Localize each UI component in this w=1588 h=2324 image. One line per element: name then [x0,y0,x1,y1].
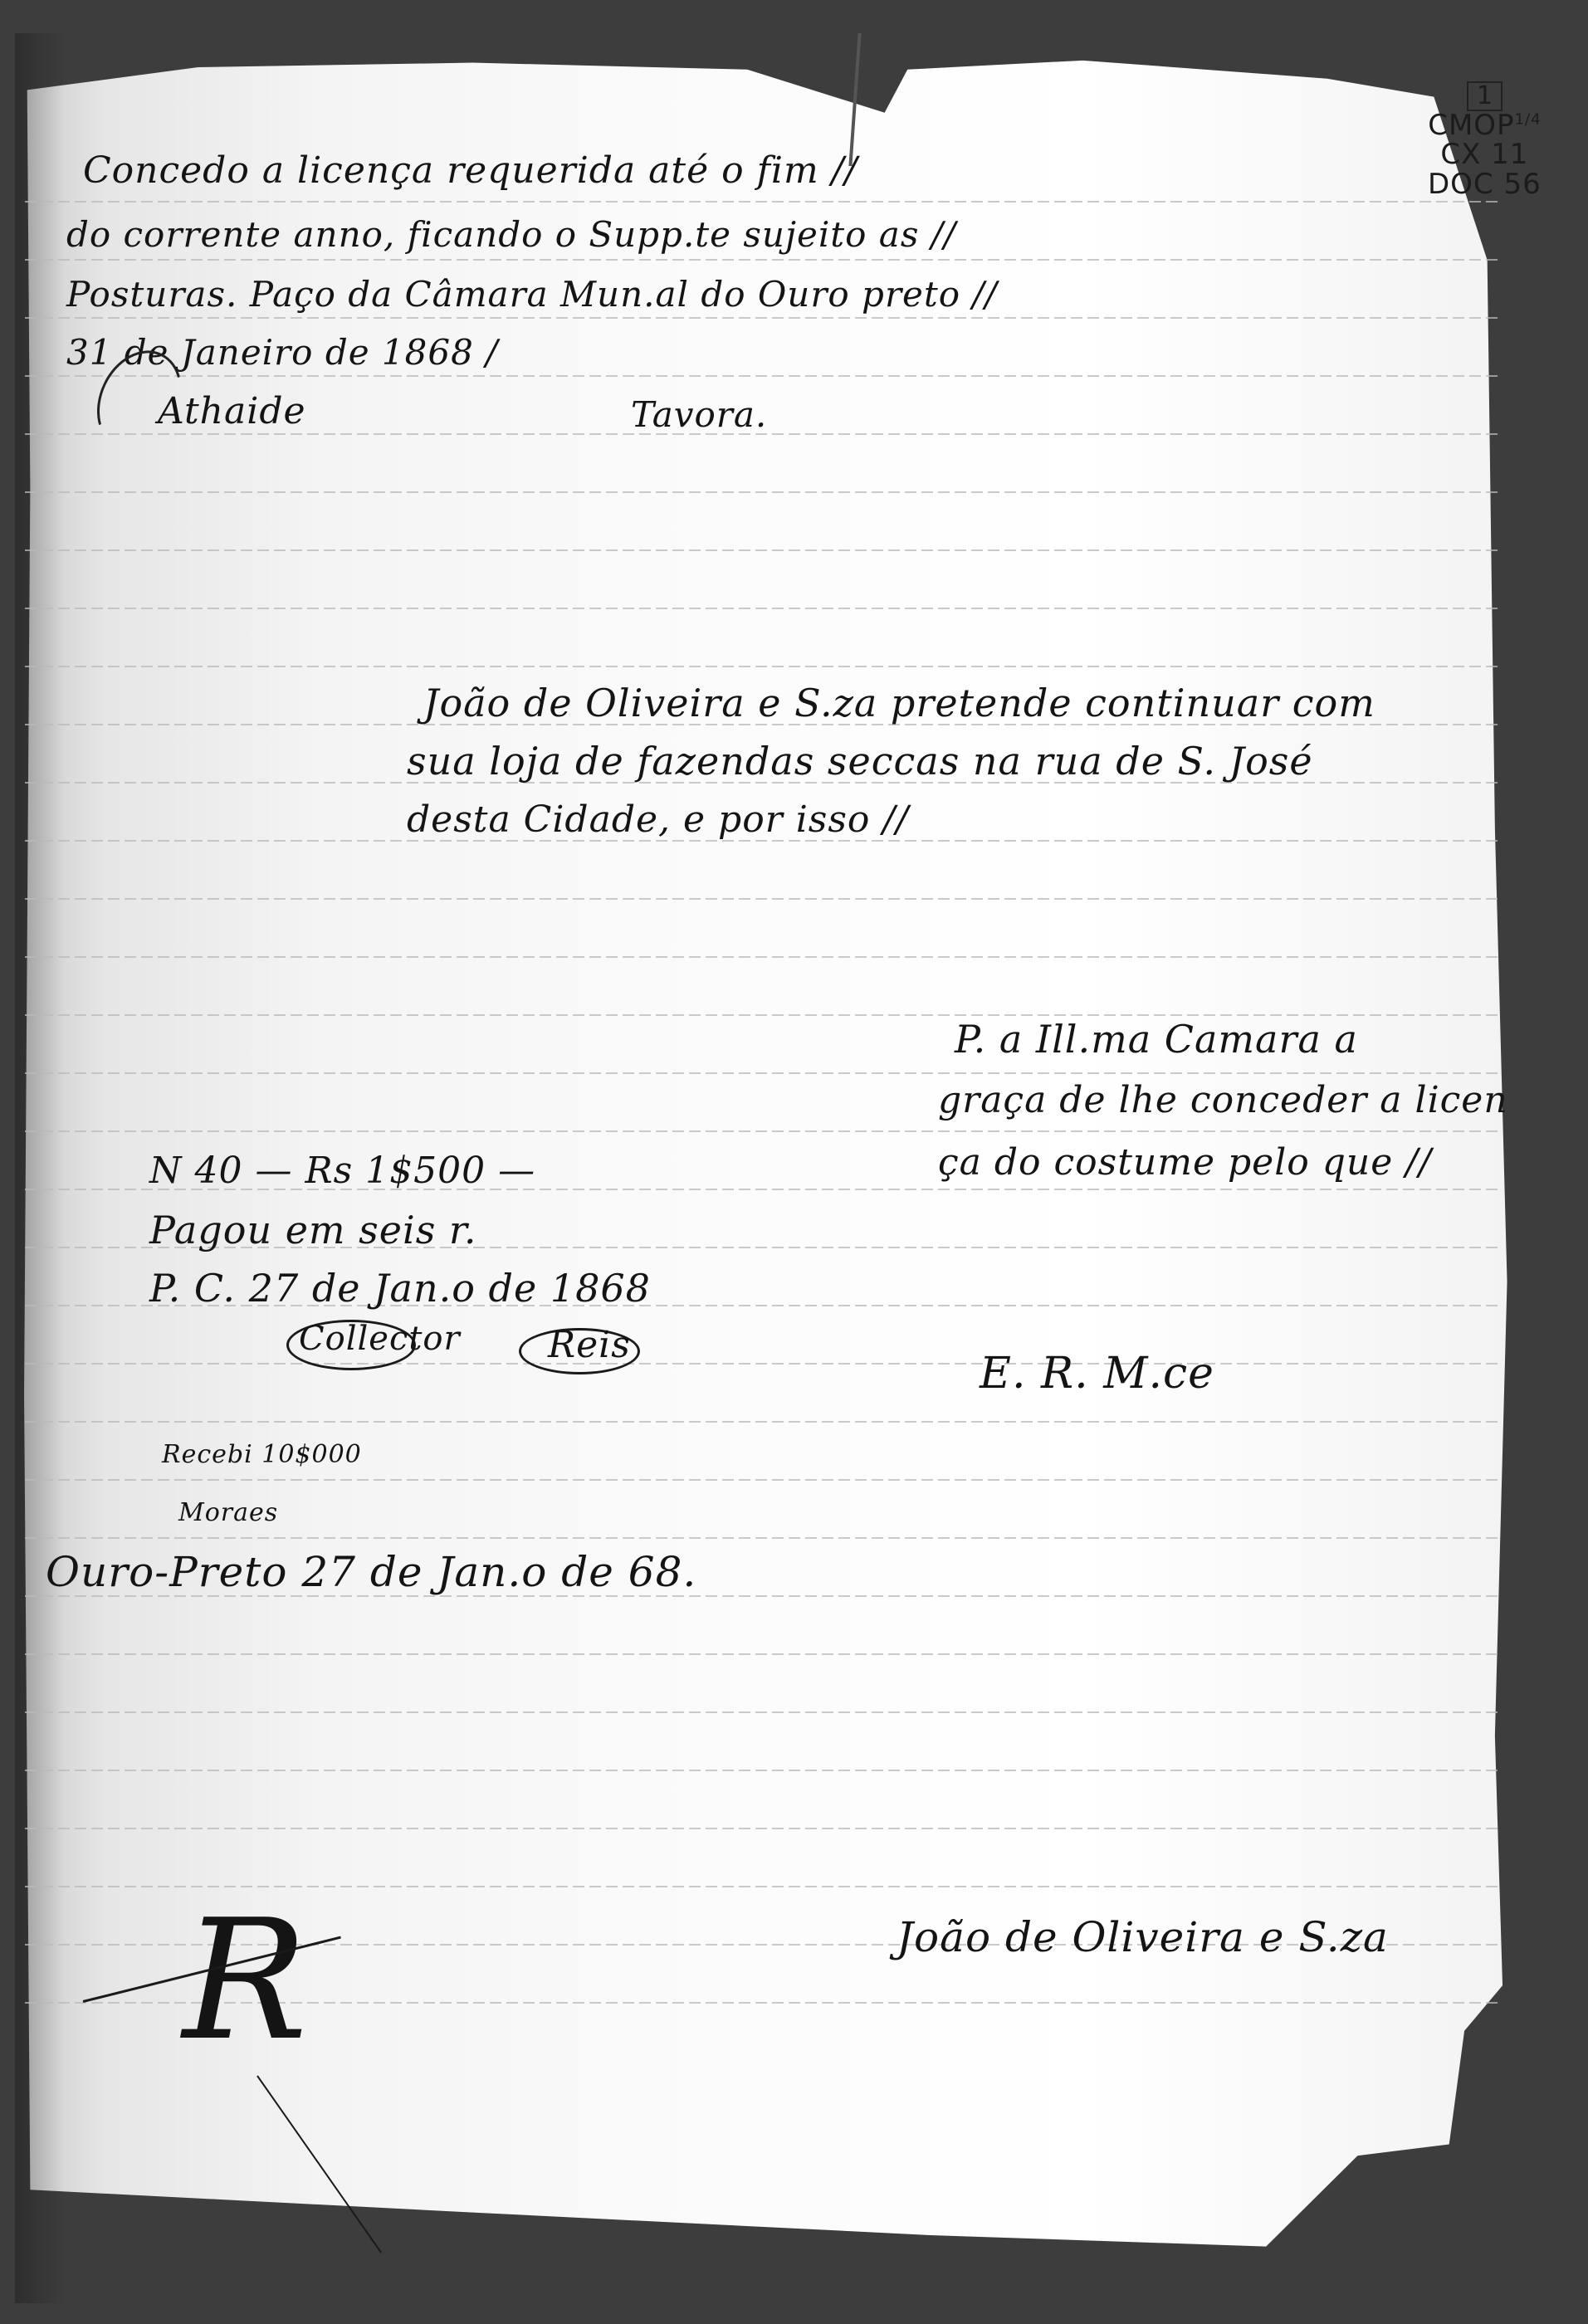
receipt-line: Recebi 10$000 [162,1440,362,1469]
ruled-line [25,1537,1502,1539]
ruled-line [25,201,1502,203]
dispatch-signature: Tavora. [631,394,767,435]
request-closing: E. R. M.ce [980,1349,1214,1399]
rubric: R [183,1884,309,2077]
dispatch-line: Concedo a licença requerida até o fim // [83,149,858,192]
ruled-line [25,549,1502,551]
ruled-line [25,259,1502,261]
tax-note-line: P. C. 27 de Jan.o de 1868 [149,1266,651,1311]
ruled-line [25,1828,1502,1829]
tax-note-signature: Collector [299,1320,461,1358]
archive-caixa: CX 11 [1428,140,1542,170]
ruled-line [25,1421,1502,1423]
ruled-line [25,317,1502,319]
dispatch-line: do corrente anno, ficando o Supp.te suje… [66,214,956,255]
page-edge-shadow [15,33,65,2303]
ruled-line [25,1479,1502,1481]
ruled-line [25,1130,1502,1132]
receipt-line: Moraes [178,1498,278,1527]
archive-doc: DOC 56 [1428,170,1542,200]
petition-line: João de Oliveira e S.za pretende continu… [423,681,1375,725]
ruled-line [25,608,1502,609]
archive-collection-sup: 1/4 [1515,110,1542,128]
petition-line: sua loja de fazendas seccas na rua de S.… [407,739,1313,784]
ruled-line [25,1072,1502,1074]
dispatch-line: Posturas. Paço da Câmara Mun.al do Ouro … [66,274,998,315]
tax-note-line: Pagou em seis r. [149,1208,477,1252]
ruled-line [25,491,1502,493]
tax-note-line: N 40 — Rs 1$500 — [149,1150,535,1192]
archive-reference: 1 CMOP1/4 CX 11 DOC 56 [1428,81,1542,200]
request-line: P. a Ill.ma Camara a [955,1017,1358,1062]
ruled-line [25,1711,1502,1713]
request-line: graça de lhe conceder a licen [938,1079,1508,1121]
archive-collection: CMOP [1428,109,1514,142]
petition-line: desta Cidade, e por isso // [407,798,909,841]
ruled-line [25,898,1502,900]
tax-note-signature: Reis [548,1324,631,1366]
ruled-line [25,1014,1502,1016]
petitioner-signature: João de Oliveira e S.za [897,1913,1389,1961]
ruled-line [25,956,1502,958]
request-line: ça do costume pelo que // [938,1141,1432,1184]
ruled-line [25,666,1502,667]
ruled-line [25,375,1502,377]
archive-box-number: 1 [1467,81,1502,111]
place-date: Ouro-Preto 27 de Jan.o de 68. [46,1548,696,1596]
ruled-line [25,1770,1502,1771]
ruled-line [25,1653,1502,1655]
ruled-line [25,1363,1502,1365]
